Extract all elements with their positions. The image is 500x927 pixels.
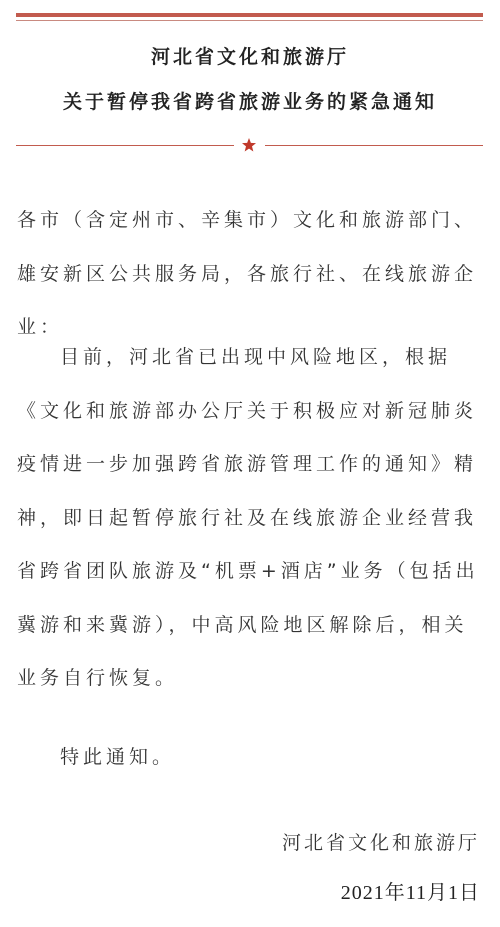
header-rule-thin xyxy=(16,20,483,21)
issuer-title: 河北省文化和旅游厅 xyxy=(0,45,500,69)
star-icon xyxy=(241,137,257,153)
notice-paragraph: 目前，河北省已出现中风险地区，根据《文化和旅游部办公厅关于积极应对新冠肺炎疫情进… xyxy=(17,331,487,706)
divider-line-left xyxy=(16,145,234,146)
closing-text: 特此通知。 xyxy=(60,731,500,785)
issue-date: 2021年11月1日 xyxy=(341,880,480,906)
star-divider xyxy=(16,137,483,153)
notice-title: 关于暂停我省跨省旅游业务的紧急通知 xyxy=(0,90,500,114)
signature: 河北省文化和旅游厅 xyxy=(282,830,480,856)
header-rule-thick xyxy=(16,13,483,17)
divider-line-right xyxy=(265,145,483,146)
